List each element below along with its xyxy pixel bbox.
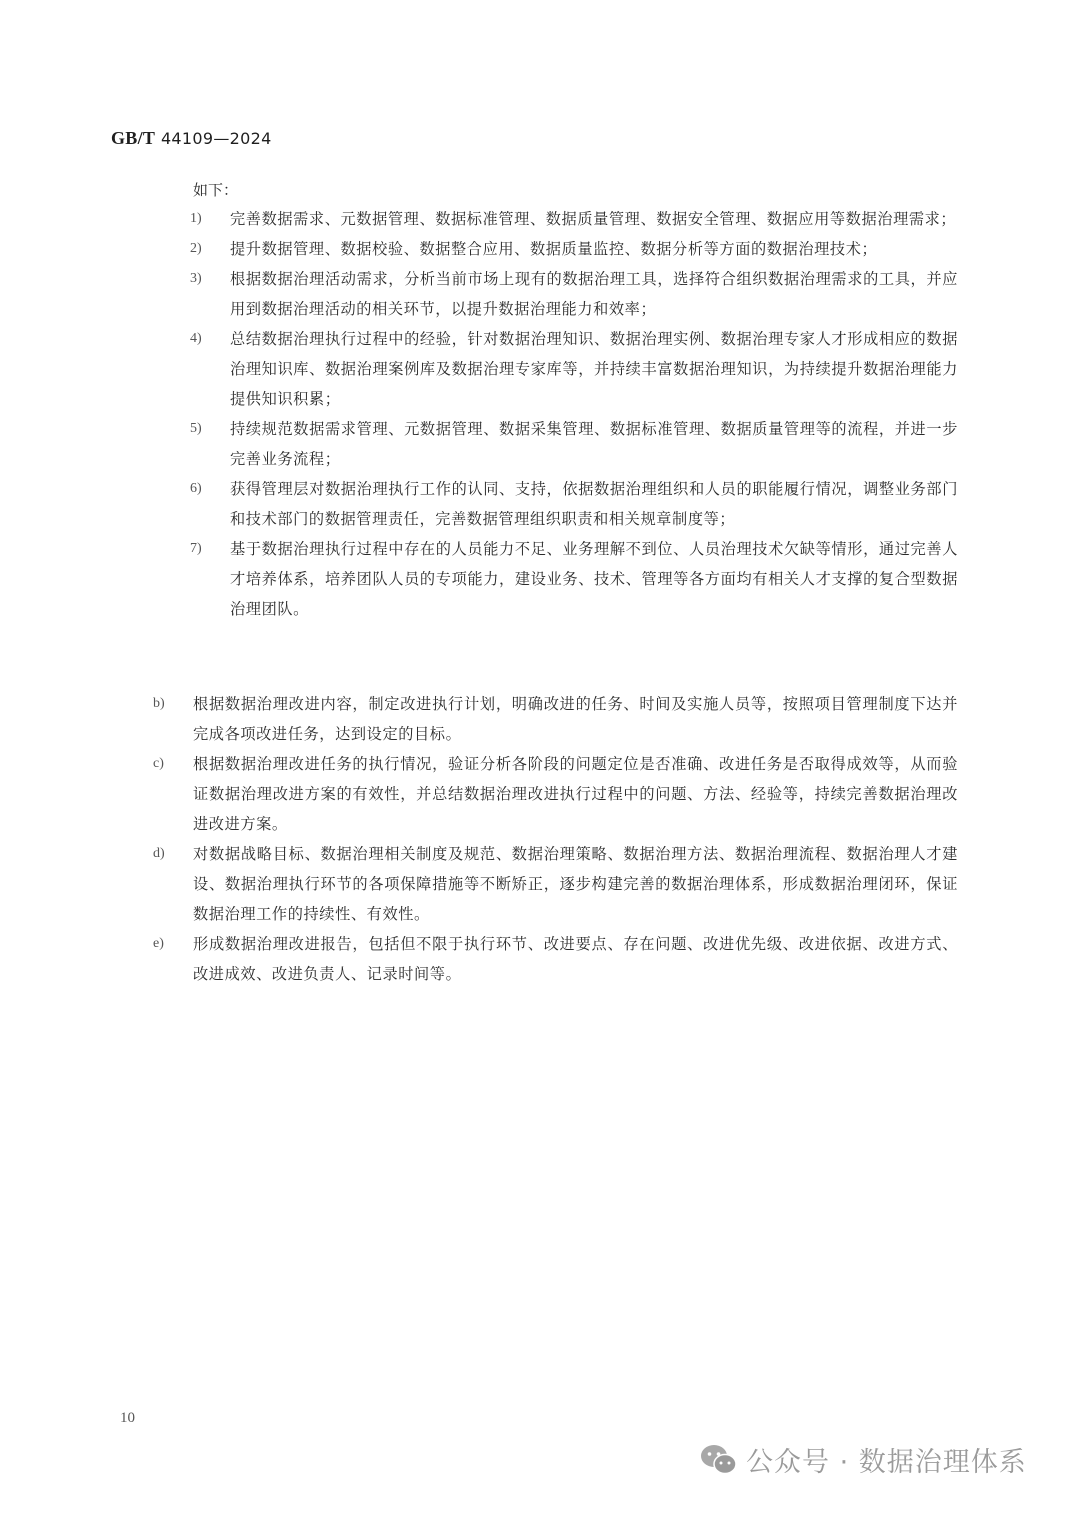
list-item: 6) 获得管理层对数据治理执行工作的认同、支持，依据数据治理组织和人员的职能履行… — [188, 474, 958, 534]
list-item-text: 持续规范数据需求管理、元数据管理、数据采集管理、数据标准管理、数据质量管理等的流… — [230, 414, 958, 474]
main-item-list: b) 根据数据治理改进内容，制定改进执行计划，明确改进的任务、时间及实施人员等，… — [151, 689, 958, 989]
list-item-text: 对数据战略目标、数据治理相关制度及规范、数据治理策略、数据治理方法、数据治理流程… — [193, 839, 958, 929]
standard-prefix: GB/T — [111, 128, 155, 148]
list-item: e) 形成数据治理改进报告，包括但不限于执行环节、改进要点、存在问题、改进优先级… — [151, 929, 958, 989]
list-marker: b) — [151, 689, 193, 749]
watermark: 公众号 · 数据治理体系 — [700, 1440, 1027, 1479]
list-marker: 7) — [188, 534, 230, 624]
wechat-icon — [700, 1444, 738, 1476]
list-item-text: 根据数据治理改进任务的执行情况，验证分析各阶段的问题定位是否准确、改进任务是否取… — [193, 749, 958, 839]
list-item-text: 基于数据治理执行过程中存在的人员能力不足、业务理解不到位、人员治理技术欠缺等情形… — [230, 534, 958, 624]
list-item-text: 形成数据治理改进报告，包括但不限于执行环节、改进要点、存在问题、改进优先级、改进… — [193, 929, 958, 989]
list-marker: 2) — [188, 234, 230, 264]
list-item: b) 根据数据治理改进内容，制定改进执行计划，明确改进的任务、时间及实施人员等，… — [151, 689, 958, 749]
list-item: 1) 完善数据需求、元数据管理、数据标准管理、数据质量管理、数据安全管理、数据应… — [188, 204, 958, 234]
watermark-text: 公众号 · 数据治理体系 — [746, 1440, 1027, 1479]
list-marker: e) — [151, 929, 193, 989]
list-item: 7) 基于数据治理执行过程中存在的人员能力不足、业务理解不到位、人员治理技术欠缺… — [188, 534, 958, 624]
list-marker: 5) — [188, 414, 230, 474]
list-item: d) 对数据战略目标、数据治理相关制度及规范、数据治理策略、数据治理方法、数据治… — [151, 839, 958, 929]
list-item-text: 提升数据管理、数据校验、数据整合应用、数据质量监控、数据分析等方面的数据治理技术… — [230, 234, 958, 264]
list-marker: 4) — [188, 324, 230, 414]
list-marker: c) — [151, 749, 193, 839]
standard-header: GB/T 44109—2024 — [111, 128, 272, 149]
list-marker: d) — [151, 839, 193, 929]
page-number: 10 — [120, 1410, 135, 1427]
intro-text: 如下： — [193, 177, 238, 203]
sub-item-list: 1) 完善数据需求、元数据管理、数据标准管理、数据质量管理、数据安全管理、数据应… — [188, 204, 958, 624]
list-item-text: 根据数据治理改进内容，制定改进执行计划，明确改进的任务、时间及实施人员等，按照项… — [193, 689, 958, 749]
list-item: 2) 提升数据管理、数据校验、数据整合应用、数据质量监控、数据分析等方面的数据治… — [188, 234, 958, 264]
list-marker: 3) — [188, 264, 230, 324]
list-item-text: 总结数据治理执行过程中的经验，针对数据治理知识、数据治理实例、数据治理专家人才形… — [230, 324, 958, 414]
list-item: 4) 总结数据治理执行过程中的经验，针对数据治理知识、数据治理实例、数据治理专家… — [188, 324, 958, 414]
list-item-text: 获得管理层对数据治理执行工作的认同、支持，依据数据治理组织和人员的职能履行情况，… — [230, 474, 958, 534]
list-item-text: 完善数据需求、元数据管理、数据标准管理、数据质量管理、数据安全管理、数据应用等数… — [230, 204, 958, 234]
list-item: 5) 持续规范数据需求管理、元数据管理、数据采集管理、数据标准管理、数据质量管理… — [188, 414, 958, 474]
list-item-text: 根据数据治理活动需求，分析当前市场上现有的数据治理工具，选择符合组织数据治理需求… — [230, 264, 958, 324]
list-item: 3) 根据数据治理活动需求，分析当前市场上现有的数据治理工具，选择符合组织数据治… — [188, 264, 958, 324]
list-item: c) 根据数据治理改进任务的执行情况，验证分析各阶段的问题定位是否准确、改进任务… — [151, 749, 958, 839]
list-marker: 6) — [188, 474, 230, 534]
standard-number: 44109—2024 — [161, 129, 272, 148]
list-marker: 1) — [188, 204, 230, 234]
